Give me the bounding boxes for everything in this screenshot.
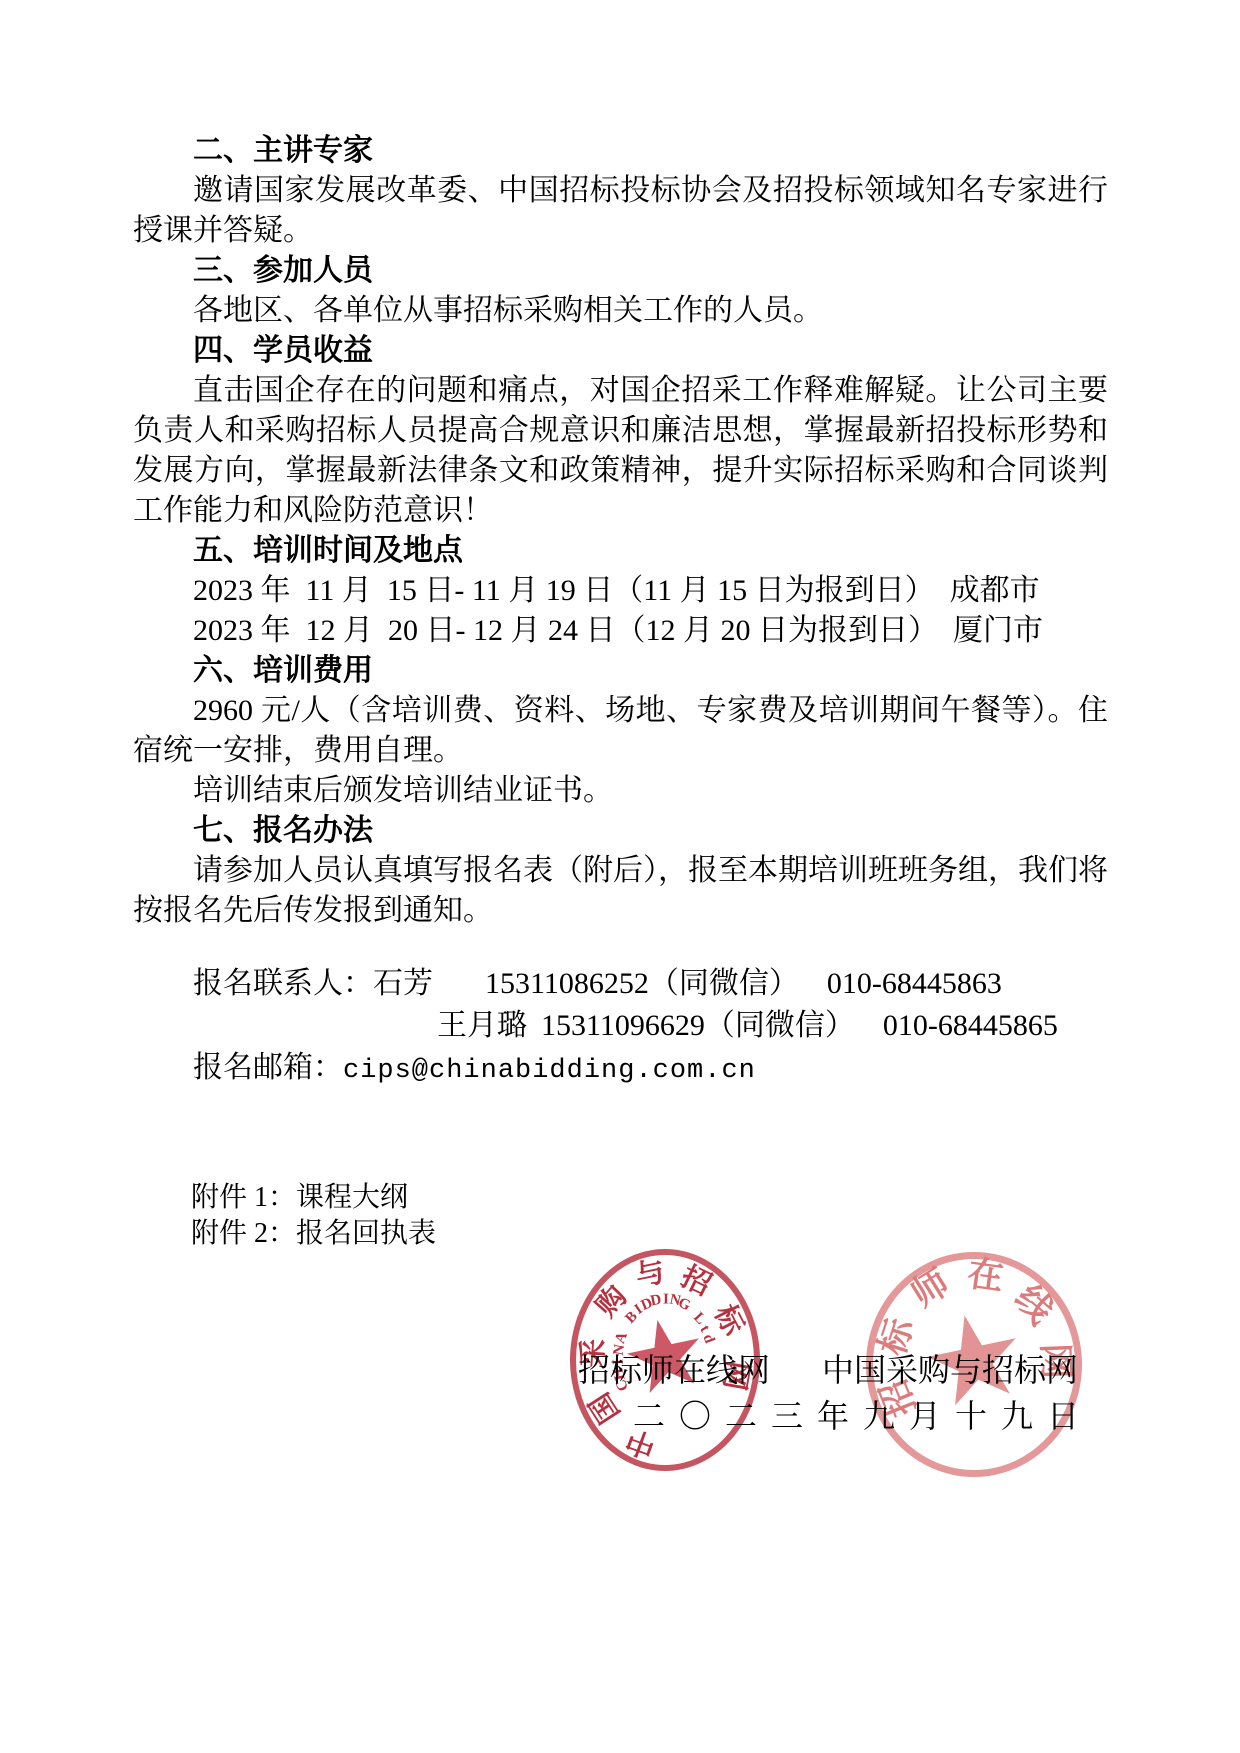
seal-ring-char: 与 (632, 1249, 669, 1295)
attachments-block: 附件 1：课程大纲 附件 2：报名回执表 (133, 1180, 1108, 1252)
signature-org-right: 中国采购与招标网 (822, 1350, 1078, 1390)
signature-organizations: 招标师在线网 中国采购与招标网 (578, 1350, 1078, 1390)
section-3-paragraph: 各地区、各单位从事招标采购相关工作的人员。 (133, 291, 1108, 331)
section-3-heading: 三、参加人员 (133, 251, 1108, 291)
signature-date: 二〇二三年九月十九日 (633, 1396, 1093, 1436)
section-2-heading: 二、主讲专家 (133, 131, 1108, 171)
training-date-line-1: 2023 年 11 月 15 日- 11 月 19 日（11 月 15 日为报到… (133, 571, 1108, 611)
contact-2-phone: 15311096629（同微信） (541, 1009, 855, 1042)
attachment-2: 附件 2：报名回执表 (133, 1216, 1108, 1252)
contact-1-tel: 010-68445863 (827, 967, 1002, 1000)
contact-row-1: 报名联系人：石芳15311086252（同微信）010-68445863 (133, 963, 1108, 1005)
section-7-heading: 七、报名办法 (133, 811, 1108, 851)
contact-2-tel: 010-68445865 (883, 1009, 1058, 1042)
section-6-paragraph-fee: 2960 元/人（含培训费、资料、场地、专家费及培训期间午餐等）。住宿统一安排，… (133, 691, 1108, 771)
seal-ring-char: D (649, 1292, 663, 1311)
section-2-paragraph: 邀请国家发展改革委、中国招标投标协会及招投标领域知名专家进行授课并答疑。 (133, 171, 1108, 251)
spacer (770, 1350, 822, 1390)
contact-row-email: 报名邮箱：cips@chinabidding.com.cn (133, 1047, 1108, 1092)
contact-2-name: 王月璐 (437, 1009, 527, 1042)
section-4-paragraph: 直击国企存在的问题和痛点，对国企招采工作释难解疑。让公司主要负责人和采购招标人员… (133, 371, 1108, 531)
section-6-heading: 六、培训费用 (133, 651, 1108, 691)
section-7-paragraph: 请参加人员认真填写报名表（附后），报至本期培训班班务组，我们将按报名先后传发报到… (133, 851, 1108, 931)
seal-ring-char: 在 (964, 1246, 1007, 1302)
contact-label: 报名联系人： (193, 967, 373, 1000)
document-page: 二、主讲专家 邀请国家发展改革委、中国招标投标协会及招投标领域知名专家进行授课并… (0, 0, 1240, 1753)
section-4-heading: 四、学员收益 (133, 331, 1108, 371)
contact-1-name: 石芳 (373, 967, 433, 1000)
training-date-line-2: 2023 年 12 月 20 日- 12 月 24 日（12 月 20 日为报到… (133, 611, 1108, 651)
contact-1-phone: 15311086252（同微信） (485, 967, 799, 1000)
email-label: 报名邮箱： (193, 1051, 343, 1084)
registration-email: cips@chinabidding.com.cn (343, 1056, 756, 1086)
attachment-1: 附件 1：课程大纲 (133, 1180, 1108, 1216)
section-6-paragraph-cert: 培训结束后颁发培训结业证书。 (133, 771, 1108, 811)
registration-contact-block: 报名联系人：石芳15311086252（同微信）010-68445863 王月璐… (133, 963, 1108, 1092)
contact-row-2: 王月璐15311096629（同微信）010-68445865 (133, 1005, 1108, 1047)
signature-org-left: 招标师在线网 (578, 1350, 770, 1390)
section-5-heading: 五、培训时间及地点 (133, 531, 1108, 571)
seal-ring-char: 国 (578, 1386, 628, 1433)
document-body: 二、主讲专家 邀请国家发展改革委、中国招标投标协会及招投标领域知名专家进行授课并… (133, 131, 1108, 1252)
